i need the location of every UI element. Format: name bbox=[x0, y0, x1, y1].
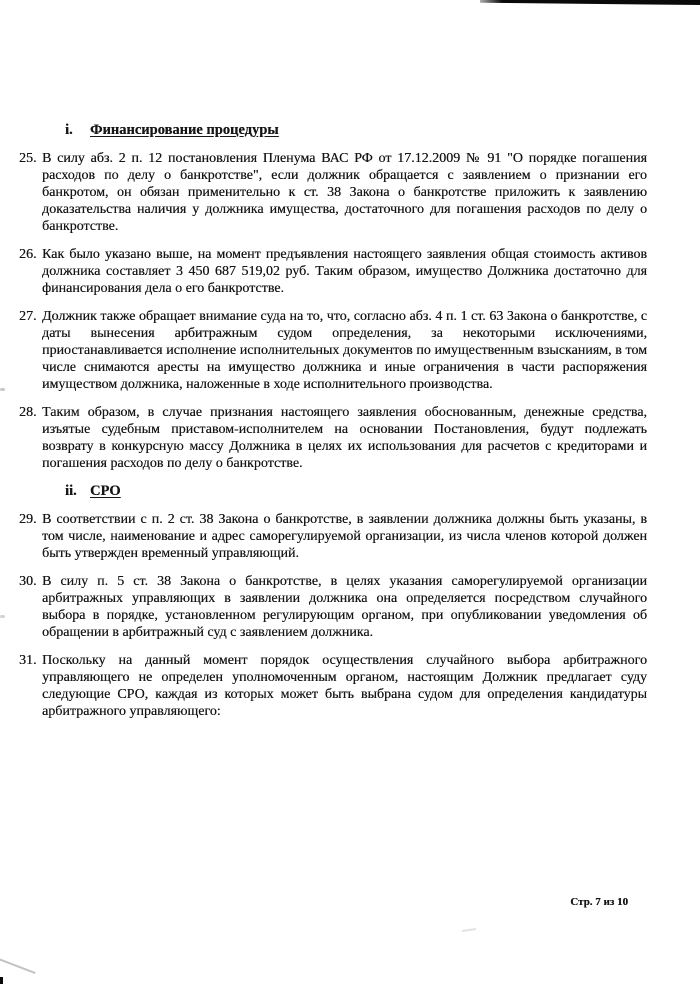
document-body: i.Финансирование процедуры 25. В силу аб… bbox=[0, 122, 700, 731]
paragraph-text: Как было указано выше, на момент предъяв… bbox=[42, 246, 647, 297]
section-title: Финансирование процедуры bbox=[90, 122, 279, 138]
paragraph-number: 30. bbox=[19, 573, 49, 590]
paragraph-number: 28. bbox=[19, 404, 49, 421]
scan-artifact-top-bar bbox=[480, 0, 700, 5]
paragraph-30: 30. В силу п. 5 ст. 38 Закона о банкротс… bbox=[0, 573, 700, 641]
paragraph-text: Должник также обращает внимание суда на … bbox=[42, 308, 647, 393]
paragraph-25: 25. В силу абз. 2 п. 12 постановления Пл… bbox=[0, 150, 700, 235]
scanned-document-page: i.Финансирование процедуры 25. В силу аб… bbox=[0, 0, 700, 990]
section-marker: i. bbox=[65, 122, 90, 139]
paragraph-31: 31. Поскольку на данный момент порядок о… bbox=[0, 652, 700, 720]
section-heading-financing: i.Финансирование процедуры bbox=[65, 122, 700, 139]
scan-artifact-smudge bbox=[462, 928, 476, 932]
paragraph-29: 29. В соответствии с п. 2 ст. 38 Закона … bbox=[0, 511, 700, 562]
paragraph-number: 31. bbox=[19, 652, 49, 669]
paragraph-number: 29. bbox=[19, 511, 49, 528]
paragraph-26: 26. Как было указано выше, на момент пре… bbox=[0, 246, 700, 297]
section-title: СРО bbox=[90, 483, 121, 499]
paragraph-text: В соответствии с п. 2 ст. 38 Закона о ба… bbox=[42, 511, 647, 562]
section-marker: ii. bbox=[65, 483, 90, 500]
paragraph-text: Таким образом, в случае признания настоя… bbox=[42, 404, 647, 472]
paragraph-27: 27. Должник также обращает внимание суда… bbox=[0, 308, 700, 393]
section-heading-sro: ii.СРО bbox=[65, 483, 700, 500]
paragraph-text: Поскольку на данный момент порядок осуще… bbox=[42, 652, 647, 720]
paragraph-28: 28. Таким образом, в случае признания на… bbox=[0, 404, 700, 472]
paragraph-number: 25. bbox=[19, 150, 49, 167]
page-number: Стр. 7 из 10 bbox=[570, 896, 628, 908]
paragraph-text: В силу п. 5 ст. 38 Закона о банкротстве,… bbox=[42, 573, 647, 641]
paragraph-number: 26. bbox=[19, 246, 49, 263]
scan-artifact-corner-mark bbox=[0, 977, 3, 984]
paragraph-number: 27. bbox=[19, 308, 49, 325]
paragraph-text: В силу абз. 2 п. 12 постановления Пленум… bbox=[42, 150, 647, 235]
scan-artifact-scratch bbox=[0, 957, 36, 974]
